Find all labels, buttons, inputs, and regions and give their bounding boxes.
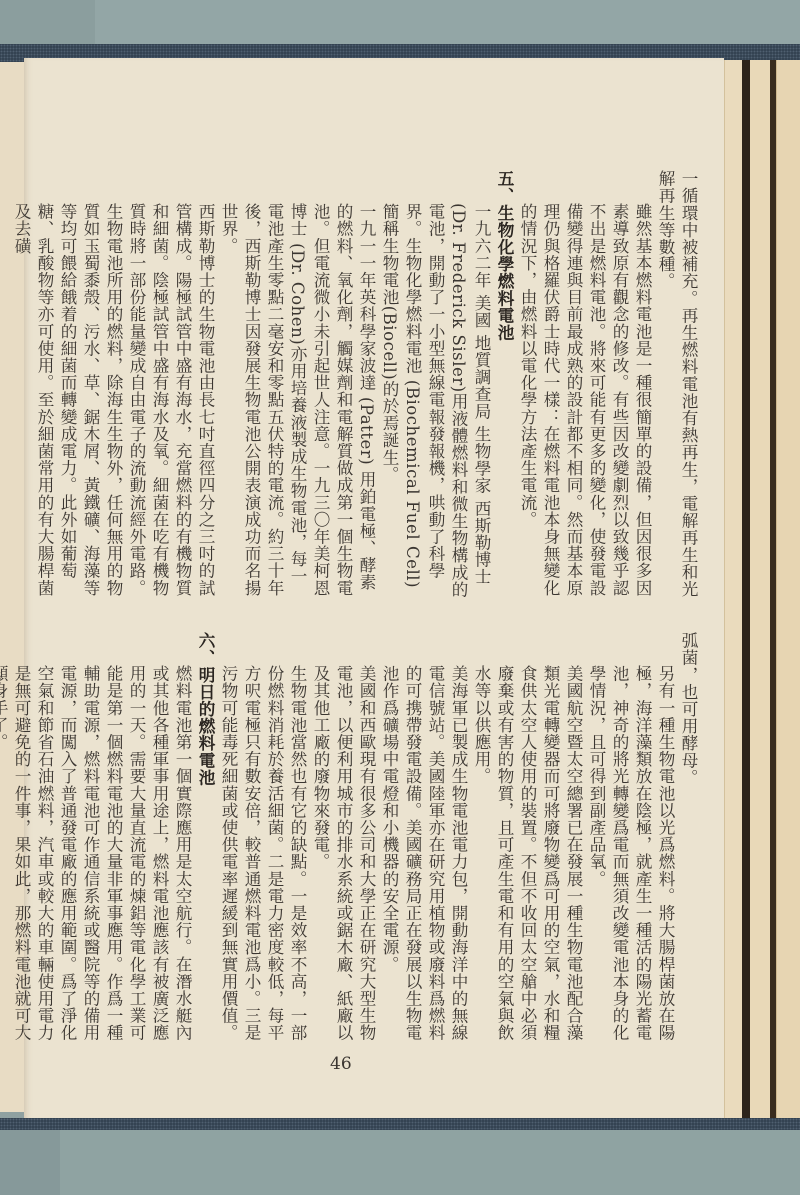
page-number: 46 — [330, 1054, 352, 1074]
paragraph: 弧菌，也可用酵母。 — [677, 632, 700, 1052]
page-stack-edge — [750, 60, 770, 1120]
page-stack-edge — [724, 60, 743, 1120]
paragraph: 一九一一年英科學家波達 (Patter) 用鉑電極、酵素的燃料、氧化劑，觸媒劑和… — [217, 170, 378, 600]
paragraph: 美國和西歐現有很多公司和大學正在研究大型生物電池，以便利用城市的排水系統或鋸木廠… — [309, 632, 378, 1052]
paragraph: 燃料電池第一個實際應用是太空航行。在潛水艇內或其他各種軍事用途上，燃料電池應該有… — [0, 632, 194, 1052]
paragraph: 另有一種生物電池以光爲燃料。將大腸桿菌放在陽極，海洋藻類放在陰極，就產生一種活的… — [585, 632, 677, 1052]
paragraph: 生物電池當然也有它的缺點。一是效率不高，一部份燃料消耗於養活細菌。二是電力密度較… — [217, 632, 309, 1052]
paragraph: 西斯勒博士的生物電池由長七吋直徑四分之三吋的試管構成。陽極試管中盛有海水，充當燃… — [125, 170, 217, 600]
paragraph: 生物電池所用的燃料，除海生生物外，任何無用的物質如玉蜀黍殼、污水、草、鋸木屑、黃… — [10, 170, 125, 600]
paragraph: 美海軍已製成生物電池電力包，開動海洋中的無線電信號站。美國陸軍亦在研究用植物或廢… — [378, 632, 470, 1052]
paragraph: 一九六二年 美國 地質調查局 生物學家 西斯勒博士(Dr. Frederick … — [378, 170, 493, 600]
paragraph: 一循環中被補充。再生燃料電池有熱再生，電解再生和光解再生等數種。 — [654, 170, 700, 600]
book-cover-bottom — [0, 1130, 800, 1195]
book-cover-flap — [0, 1130, 60, 1195]
page-stack-gap — [742, 60, 750, 1120]
paragraph: 美國航空暨太空總署已在發展一種生物電池配合藻類光電轉變器而可將廢物變爲可用的空氣… — [470, 632, 585, 1052]
bottom-text-block: 弧菌，也可用酵母。 另有一種生物電池以光爲燃料。將大腸桿菌放在陽極，海洋藻類放在… — [0, 632, 700, 1052]
paragraph: 雖然基本燃料電池是一種很簡單的設備，但因很多因素導致原有觀念的修改。有些因改變劇… — [516, 170, 654, 600]
top-text-block: 一循環中被補充。再生燃料電池有熱再生，電解再生和光解再生等數種。 雖然基本燃料電… — [10, 170, 700, 600]
section-heading-5: 五、生物化學燃料電池 — [493, 170, 516, 600]
section-heading-6: 六、明日的燃料電池 — [194, 632, 217, 1052]
page-stack-edge — [776, 60, 800, 1120]
